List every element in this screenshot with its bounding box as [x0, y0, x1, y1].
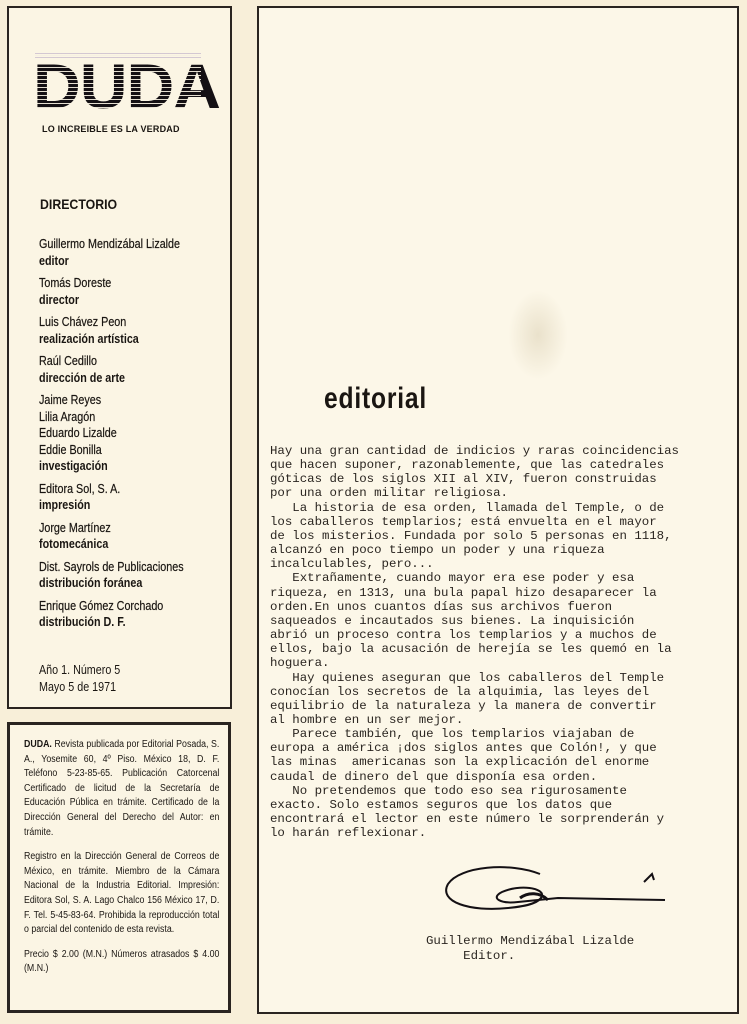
editorial-line: de los misterios. Fundada por solo 5 per…	[270, 529, 740, 543]
staff-role: realización artística	[39, 331, 198, 348]
staff-name: Luis Chávez Peon	[39, 314, 198, 331]
editorial-line: incalculables, pero...	[270, 557, 740, 571]
directory-title: DIRECTORIO	[40, 196, 117, 212]
staff-name: Tomás Doreste	[39, 275, 198, 292]
editorial-line: alcanzó en poco tiempo un poder y una ri…	[270, 543, 740, 557]
directory-entry: Guillermo Mendizábal Lizaldeeditor	[39, 236, 198, 269]
logo-wordmark: DUDA	[33, 52, 220, 122]
staff-name: Guillermo Mendizábal Lizalde	[39, 236, 198, 253]
staff-role: distribución D. F.	[39, 614, 198, 631]
staff-name: Editora Sol, S. A.	[39, 481, 198, 498]
staff-role: distribución foránea	[39, 575, 198, 592]
staff-name: Jorge Martínez	[39, 520, 198, 537]
issue-info: Año 1. Número 5 Mayo 5 de 1971	[39, 662, 120, 695]
paper-stain	[508, 290, 568, 380]
staff-role: director	[39, 292, 198, 309]
signature-name: Guillermo Mendizábal Lizalde	[426, 934, 634, 948]
duda-logo: DUDA	[33, 52, 203, 122]
staff-role: impresión	[39, 497, 198, 514]
colophon-paragraph: Registro en la Dirección General de Corr…	[24, 850, 219, 938]
signature-title: Editor.	[426, 949, 515, 963]
editorial-line: lo harán reflexionar.	[270, 826, 740, 840]
editorial-line: encontrará el lector en este número le s…	[270, 812, 740, 826]
staff-role: fotomecánica	[39, 536, 198, 553]
colophon-price: Precio $ 2.00 (M.N.) Números atrasados $…	[24, 948, 219, 977]
editorial-line: europa a américa ¡dos siglos antes que C…	[270, 741, 740, 755]
directory-list: Guillermo Mendizábal LizaldeeditorTomás …	[39, 236, 224, 637]
directory-entry: Editora Sol, S. A.impresión	[39, 481, 198, 514]
staff-name: Raúl Cedillo	[39, 353, 198, 370]
editorial-line: La historia de esa orden, llamada del Te…	[270, 501, 740, 515]
signature-icon	[440, 862, 680, 922]
staff-name: Dist. Sayrols de Publicaciones	[39, 559, 198, 576]
directory-entry: Enrique Gómez Corchadodistribución D. F.	[39, 598, 198, 631]
editorial-line: ellos, bajo la acusación de herejía se l…	[270, 642, 740, 656]
editorial-line: hoguera.	[270, 656, 740, 670]
staff-name: Enrique Gómez Corchado	[39, 598, 198, 615]
signature-block: Guillermo Mendizábal Lizalde Editor.	[426, 934, 634, 963]
editorial-line: abrió un proceso contra los templarios y…	[270, 628, 740, 642]
colophon-paragraph: DUDA. Revista publicada por Editorial Po…	[24, 738, 219, 840]
editorial-line: caudal de dinero del que disponía esa or…	[270, 770, 740, 784]
editorial-title: editorial	[324, 382, 427, 416]
editorial-line: las minas americanas son la explicación …	[270, 755, 740, 769]
editorial-line: Hay una gran cantidad de indicios y rara…	[270, 444, 740, 458]
staff-name: Jaime Reyes	[39, 392, 198, 409]
colophon-text: DUDA. Revista publicada por Editorial Po…	[24, 738, 229, 987]
issue-number: Año 1. Número 5	[39, 662, 120, 679]
directory-entry: Luis Chávez Peonrealización artística	[39, 314, 198, 347]
editorial-body: Hay una gran cantidad de indicios y rara…	[270, 444, 740, 840]
editorial-line: riqueza, en 1313, una bula papal hizo de…	[270, 586, 740, 600]
editorial-line: exacto. Solo estamos seguros que los dat…	[270, 798, 740, 812]
logo-tagline: LO INCREIBLE ES LA VERDAD	[42, 124, 180, 134]
staff-role: dirección de arte	[39, 370, 198, 387]
directory-entry: Jaime ReyesLilia AragónEduardo LizaldeEd…	[39, 392, 198, 475]
staff-name: Eduardo Lizalde	[39, 425, 198, 442]
editorial-line: los caballeros templarios; está envuelta…	[270, 515, 740, 529]
directory-entry: Tomás Dorestedirector	[39, 275, 198, 308]
editorial-line: orden.En unos cuantos días sus archivos …	[270, 600, 740, 614]
editorial-line: que hacen suponer, razonablemente, que l…	[270, 458, 740, 472]
directory-entry: Jorge Martínezfotomecánica	[39, 520, 198, 553]
editorial-line: saqueados e incautados sus bienes. La in…	[270, 614, 740, 628]
staff-name: Eddie Bonilla	[39, 442, 198, 459]
directory-entry: Raúl Cedillodirección de arte	[39, 353, 198, 386]
colophon-lead: DUDA.	[24, 739, 52, 750]
staff-role: editor	[39, 253, 198, 270]
editorial-line: Parece también, que los templarios viaja…	[270, 727, 740, 741]
editorial-line: equilibrio de la naturaleza y la manera …	[270, 699, 740, 713]
issue-date: Mayo 5 de 1971	[39, 679, 120, 696]
editorial-line: por una orden militar religiosa.	[270, 486, 740, 500]
directory-entry: Dist. Sayrols de Publicacionesdistribuci…	[39, 559, 198, 592]
editorial-line: al hombre en un ser mejor.	[270, 713, 740, 727]
editorial-line: góticas de los siglos XII al XIV, fueron…	[270, 472, 740, 486]
staff-role: investigación	[39, 458, 198, 475]
editorial-line: Extrañamente, cuando mayor era ese poder…	[270, 571, 740, 585]
editorial-line: conocían los secretos de la alquimia, la…	[270, 685, 740, 699]
editorial-line: No pretendemos que todo eso sea rigurosa…	[270, 784, 740, 798]
staff-name: Lilia Aragón	[39, 409, 198, 426]
editorial-line: Hay quienes aseguran que los caballeros …	[270, 671, 740, 685]
